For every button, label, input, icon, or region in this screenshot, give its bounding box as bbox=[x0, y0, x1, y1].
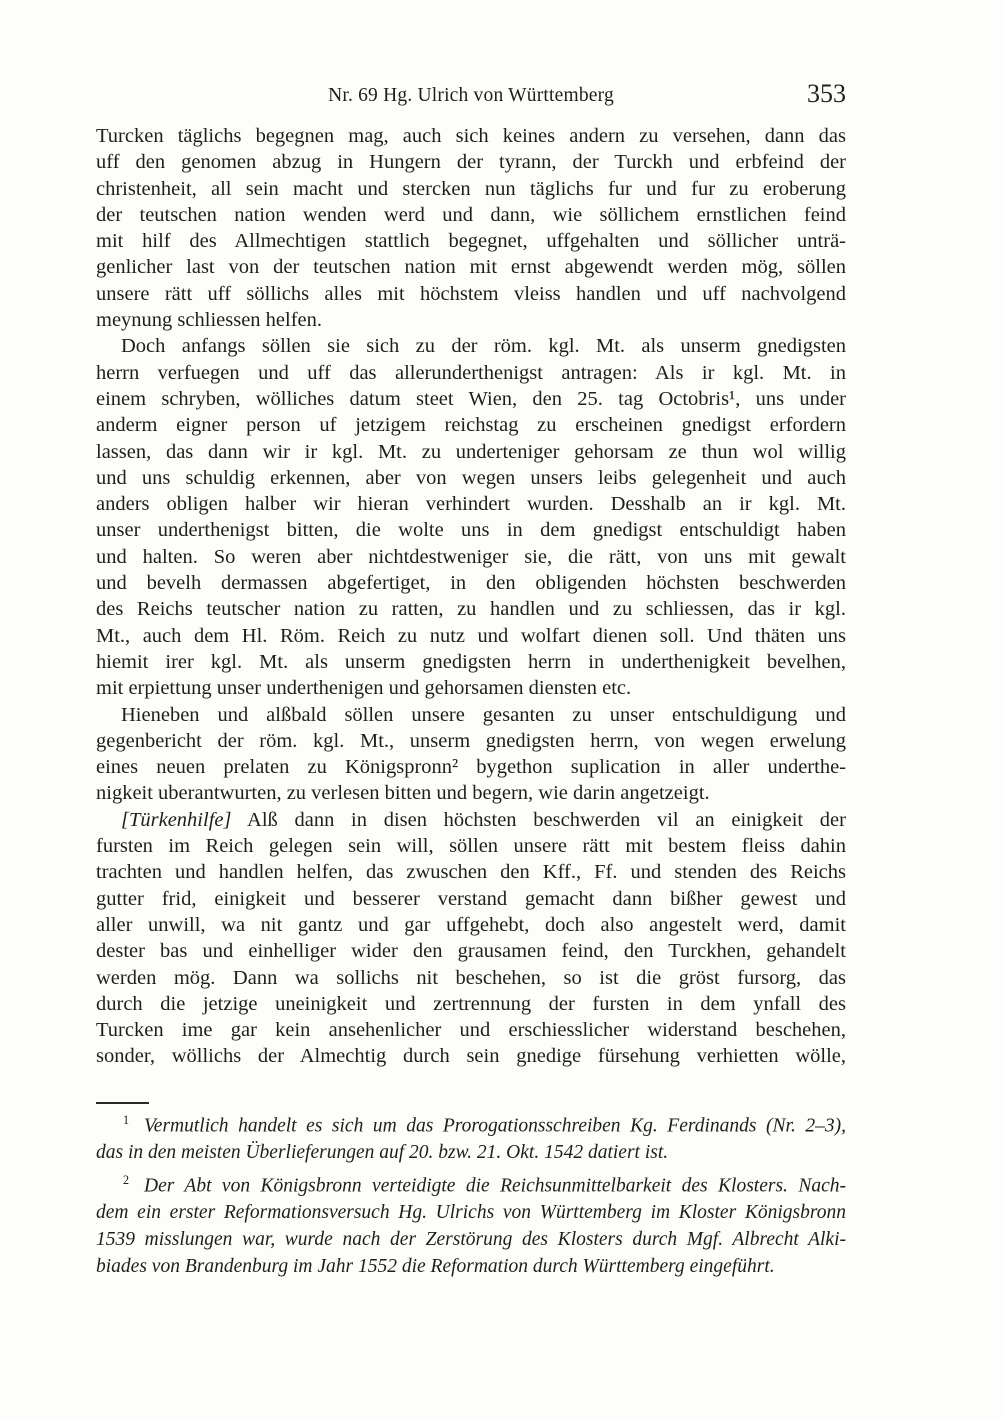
paragraph: Hieneben und alßbald söllen unsere gesan… bbox=[96, 702, 846, 807]
text-line: anders obligen halber wir hieran verhind… bbox=[96, 491, 846, 517]
text-line: christenheit, all sein macht und stercke… bbox=[96, 176, 846, 202]
text-line: trachten und handlen helfen, das zwusche… bbox=[96, 859, 846, 885]
text-line: mit hilf des Allmechtigen stattlich bege… bbox=[96, 228, 846, 254]
text-line: uff den genomen abzug in Hungern der tyr… bbox=[96, 149, 846, 175]
running-header: Nr. 69 Hg. Ulrich von Württemberg 353 bbox=[96, 84, 846, 110]
text-line: dester bas und einhelliger wider den gra… bbox=[96, 938, 846, 964]
text-line: und halten. So weren aber nichtdestwenig… bbox=[96, 544, 846, 570]
text-line: des Reichs teutscher nation zu ratten, z… bbox=[96, 596, 846, 622]
text-line: eines neuen prelaten zu Königspronn² byg… bbox=[96, 754, 846, 780]
text-line: Mt., auch dem Hl. Röm. Reich zu nutz und… bbox=[96, 623, 846, 649]
text-line: durch die jetzige uneinigkeit und zertre… bbox=[96, 991, 846, 1017]
text-line: gegenbericht der röm. kgl. Mt., unserm g… bbox=[96, 728, 846, 754]
text-line: meynung schliessen helfen. bbox=[96, 307, 846, 333]
book-page: Nr. 69 Hg. Ulrich von Württemberg 353 Tu… bbox=[0, 0, 1004, 1418]
text-line: Turcken täglichs begegnen mag, auch sich… bbox=[96, 123, 846, 149]
text-line: genlicher last von der teutschen nation … bbox=[96, 254, 846, 280]
text-line: gutter frid, einigkeit und besserer vers… bbox=[96, 886, 846, 912]
text-line: sonder, wöllichs der Almechtig durch sei… bbox=[96, 1043, 846, 1069]
paragraph: [Türkenhilfe] Alß dann in disen höchsten… bbox=[96, 807, 846, 1070]
text-line: mit erpiettung unser underthenigen und g… bbox=[96, 675, 846, 701]
footnote-separator bbox=[96, 1102, 149, 1104]
text-line: nigkeit uberantwurten, zu verlesen bitte… bbox=[96, 780, 846, 806]
margin-note: [Türkenhilfe] bbox=[121, 809, 231, 831]
text-line: unser underthenigst bitten, die wolte un… bbox=[96, 517, 846, 543]
footnote: 1Vermutlich handelt es sich um das Proro… bbox=[96, 1107, 846, 1167]
footnote-line: 1Vermutlich handelt es sich um das Proro… bbox=[96, 1107, 846, 1140]
body-text: Turcken täglichs begegnen mag, auch sich… bbox=[96, 123, 846, 1070]
text-line: und uns schuldig erkennen, aber von wege… bbox=[96, 465, 846, 491]
footnote: 2Der Abt von Königsbronn verteidigte die… bbox=[96, 1167, 846, 1281]
footnote-number: 2 bbox=[123, 1173, 129, 1187]
running-title: Nr. 69 Hg. Ulrich von Württemberg bbox=[328, 85, 614, 106]
text-line: fursten im Reich gelegen sein will, söll… bbox=[96, 833, 846, 859]
page-number: 353 bbox=[807, 80, 846, 108]
paragraph: Doch anfangs söllen sie sich zu der röm.… bbox=[96, 333, 846, 701]
text-line: anderm eigner person uf jetzigem reichst… bbox=[96, 412, 846, 438]
footnote-line: biades von Brandenburg im Jahr 1552 die … bbox=[96, 1254, 846, 1281]
paragraph: Turcken täglichs begegnen mag, auch sich… bbox=[96, 123, 846, 333]
text-line: unsere rätt uff söllichs alles mit höchs… bbox=[96, 281, 846, 307]
footnote-line: 2Der Abt von Königsbronn verteidigte die… bbox=[96, 1167, 846, 1200]
footnote-line: das in den meisten Überlieferungen auf 2… bbox=[96, 1140, 846, 1167]
text-line: [Türkenhilfe] Alß dann in disen höchsten… bbox=[96, 807, 846, 833]
text-line: lassen, das dann wir ir kgl. Mt. zu unde… bbox=[96, 439, 846, 465]
text-line: werden mög. Dann wa sollichs nit bescheh… bbox=[96, 965, 846, 991]
footnote-line: dem ein erster Reformationsversuch Hg. U… bbox=[96, 1200, 846, 1227]
text-line: und bevelh dermassen abgefertiget, in de… bbox=[96, 570, 846, 596]
text-line: herrn verfuegen und uff das allerunderth… bbox=[96, 360, 846, 386]
text-line: Hieneben und alßbald söllen unsere gesan… bbox=[96, 702, 846, 728]
footnote-number: 1 bbox=[123, 1113, 129, 1127]
text-line: einem schryben, wölliches datum steet Wi… bbox=[96, 386, 846, 412]
text-line: aller unwill, wa nit gantz und gar uffge… bbox=[96, 912, 846, 938]
footnotes: 1Vermutlich handelt es sich um das Proro… bbox=[96, 1107, 846, 1281]
text-line: Doch anfangs söllen sie sich zu der röm.… bbox=[96, 333, 846, 359]
text-line: der teutschen nation wenden werd und dan… bbox=[96, 202, 846, 228]
text-line: Turcken ime gar kein ansehenlicher und e… bbox=[96, 1017, 846, 1043]
footnote-line: 1539 misslungen war, wurde nach der Zers… bbox=[96, 1227, 846, 1254]
text-line: hiemit irer kgl. Mt. als unserm gnedigst… bbox=[96, 649, 846, 675]
